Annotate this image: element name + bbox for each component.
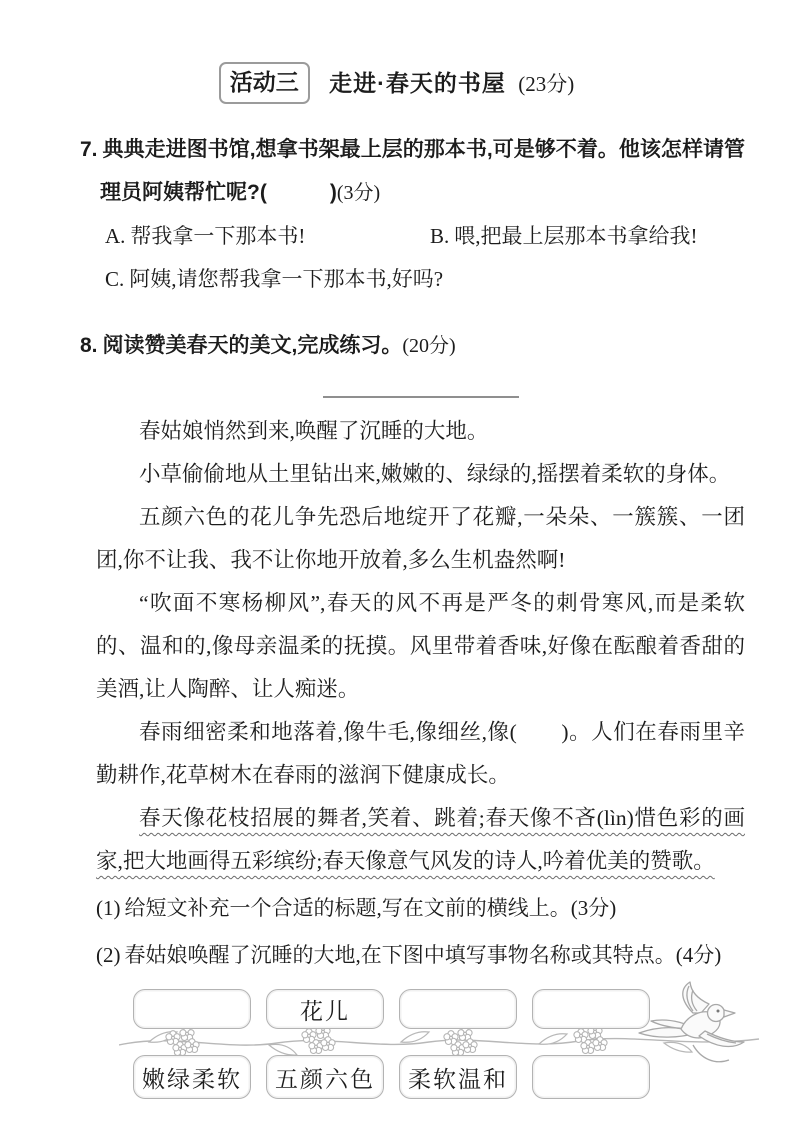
option-b[interactable]: B.喂,把最上层那本书拿给我! — [430, 215, 698, 258]
diagram-box-bottom-3-wind-trait: 柔软温和 — [399, 1055, 517, 1099]
title-blank-line[interactable] — [323, 396, 519, 398]
question-8-stem: 8.阅读赞美春天的美文,完成练习。(20分) — [80, 324, 745, 368]
diagram-box-top-2-flowers: 花儿 — [266, 989, 384, 1029]
option-a[interactable]: A.帮我拿一下那本书! — [105, 215, 430, 258]
passage-paragraph-1: 春姑娘悄然到来,唤醒了沉睡的大地。 — [96, 410, 745, 453]
diagram-box-bottom-4-blank[interactable] — [532, 1055, 650, 1099]
sub-question-2-text: 春姑娘唤醒了沉睡的大地,在下图中填写事物名称或其特点。(4分) — [125, 943, 722, 967]
passage-paragraph-4: “吹面不寒杨柳风”,春天的风不再是严冬的刺骨寒风,而是柔软的、温和的,像母亲温柔… — [96, 582, 745, 711]
section-header: 活动三 走进·春天的书屋 (23分) — [0, 0, 793, 104]
passage-paragraph-5: 春雨细密柔和地落着,像牛毛,像细丝,像( )。人们在春雨里辛勤耕作,花草树木在春… — [96, 711, 745, 797]
question-8-text: 阅读赞美春天的美文,完成练习。 — [103, 334, 403, 357]
passage-paragraph-3: 五颜六色的花儿争先恐后地绽开了花瓣,一朵朵、一簇簇、一团团,你不让我、我不让你地… — [96, 496, 745, 582]
sub-question-2: (2)春姑娘唤醒了沉睡的大地,在下图中填写事物名称或其特点。(4分) — [96, 934, 753, 977]
activity-badge: 活动三 — [219, 62, 310, 104]
option-c-text: 阿姨,请您帮我拿一下那本书,好吗? — [129, 267, 443, 291]
sub-question-2-label: (2) — [96, 943, 121, 967]
worksheet-page: 活动三 走进·春天的书屋 (23分) 7.典典走进图书馆,想拿书架最上层的那本书… — [0, 0, 793, 1122]
question-7-stem: 7.典典走进图书馆,想拿书架最上层的那本书,可是够不着。他该怎样请管理员阿姨帮忙… — [80, 128, 745, 215]
swallow-bird-icon — [635, 981, 750, 1081]
passage-paragraph-6-wavy-underlined: 春天像花枝招展的舞者,笑着、跳着;春天像不吝(lìn)惜色彩的画家,把大地画得五… — [96, 797, 745, 883]
question-7-number: 7. — [80, 138, 98, 161]
section-title: 走进·春天的书屋 — [329, 70, 506, 96]
option-c[interactable]: C.阿姨,请您帮我拿一下那本书,好吗? — [105, 258, 443, 301]
question-8-number: 8. — [80, 334, 98, 357]
question-7-score: (3分) — [337, 182, 380, 204]
question-8-score: (20分) — [402, 335, 455, 357]
answer-diagram: 花儿 嫩绿柔软 五颜六色 柔软温和 — [133, 989, 773, 1111]
diagram-box-top-1-blank[interactable] — [133, 989, 251, 1029]
diagram-box-bottom-2-flower-trait: 五颜六色 — [266, 1055, 384, 1099]
question-7-options: A.帮我拿一下那本书! B.喂,把最上层那本书拿给我! C.阿姨,请您帮我拿一下… — [105, 215, 753, 300]
option-c-label: C. — [105, 267, 124, 291]
option-a-text: 帮我拿一下那本书! — [130, 224, 305, 248]
diagram-box-top-3-blank[interactable] — [399, 989, 517, 1029]
sub-question-1-text: 给短文补充一个合适的标题,写在文前的横线上。(3分) — [125, 896, 617, 920]
reading-passage: 春姑娘悄然到来,唤醒了沉睡的大地。 小草偷偷地从土里钻出来,嫩嫩的、绿绿的,摇摆… — [96, 396, 745, 883]
option-b-text: 喂,把最上层那本书拿给我! — [454, 224, 697, 248]
option-a-label: A. — [105, 224, 125, 248]
sub-question-1: (1)给短文补充一个合适的标题,写在文前的横线上。(3分) — [96, 887, 753, 930]
sub-question-1-label: (1) — [96, 896, 121, 920]
section-score: (23分) — [518, 72, 574, 96]
question-7-text[interactable]: 典典走进图书馆,想拿书架最上层的那本书,可是够不着。他该怎样请管理员阿姨帮忙呢?… — [100, 138, 745, 204]
passage-paragraph-2: 小草偷偷地从土里钻出来,嫩嫩的、绿绿的,摇摆着柔软的身体。 — [96, 453, 745, 496]
diagram-box-bottom-1-grass-trait: 嫩绿柔软 — [133, 1055, 251, 1099]
diagram-box-top-4-blank[interactable] — [532, 989, 650, 1029]
option-b-label: B. — [430, 224, 449, 248]
